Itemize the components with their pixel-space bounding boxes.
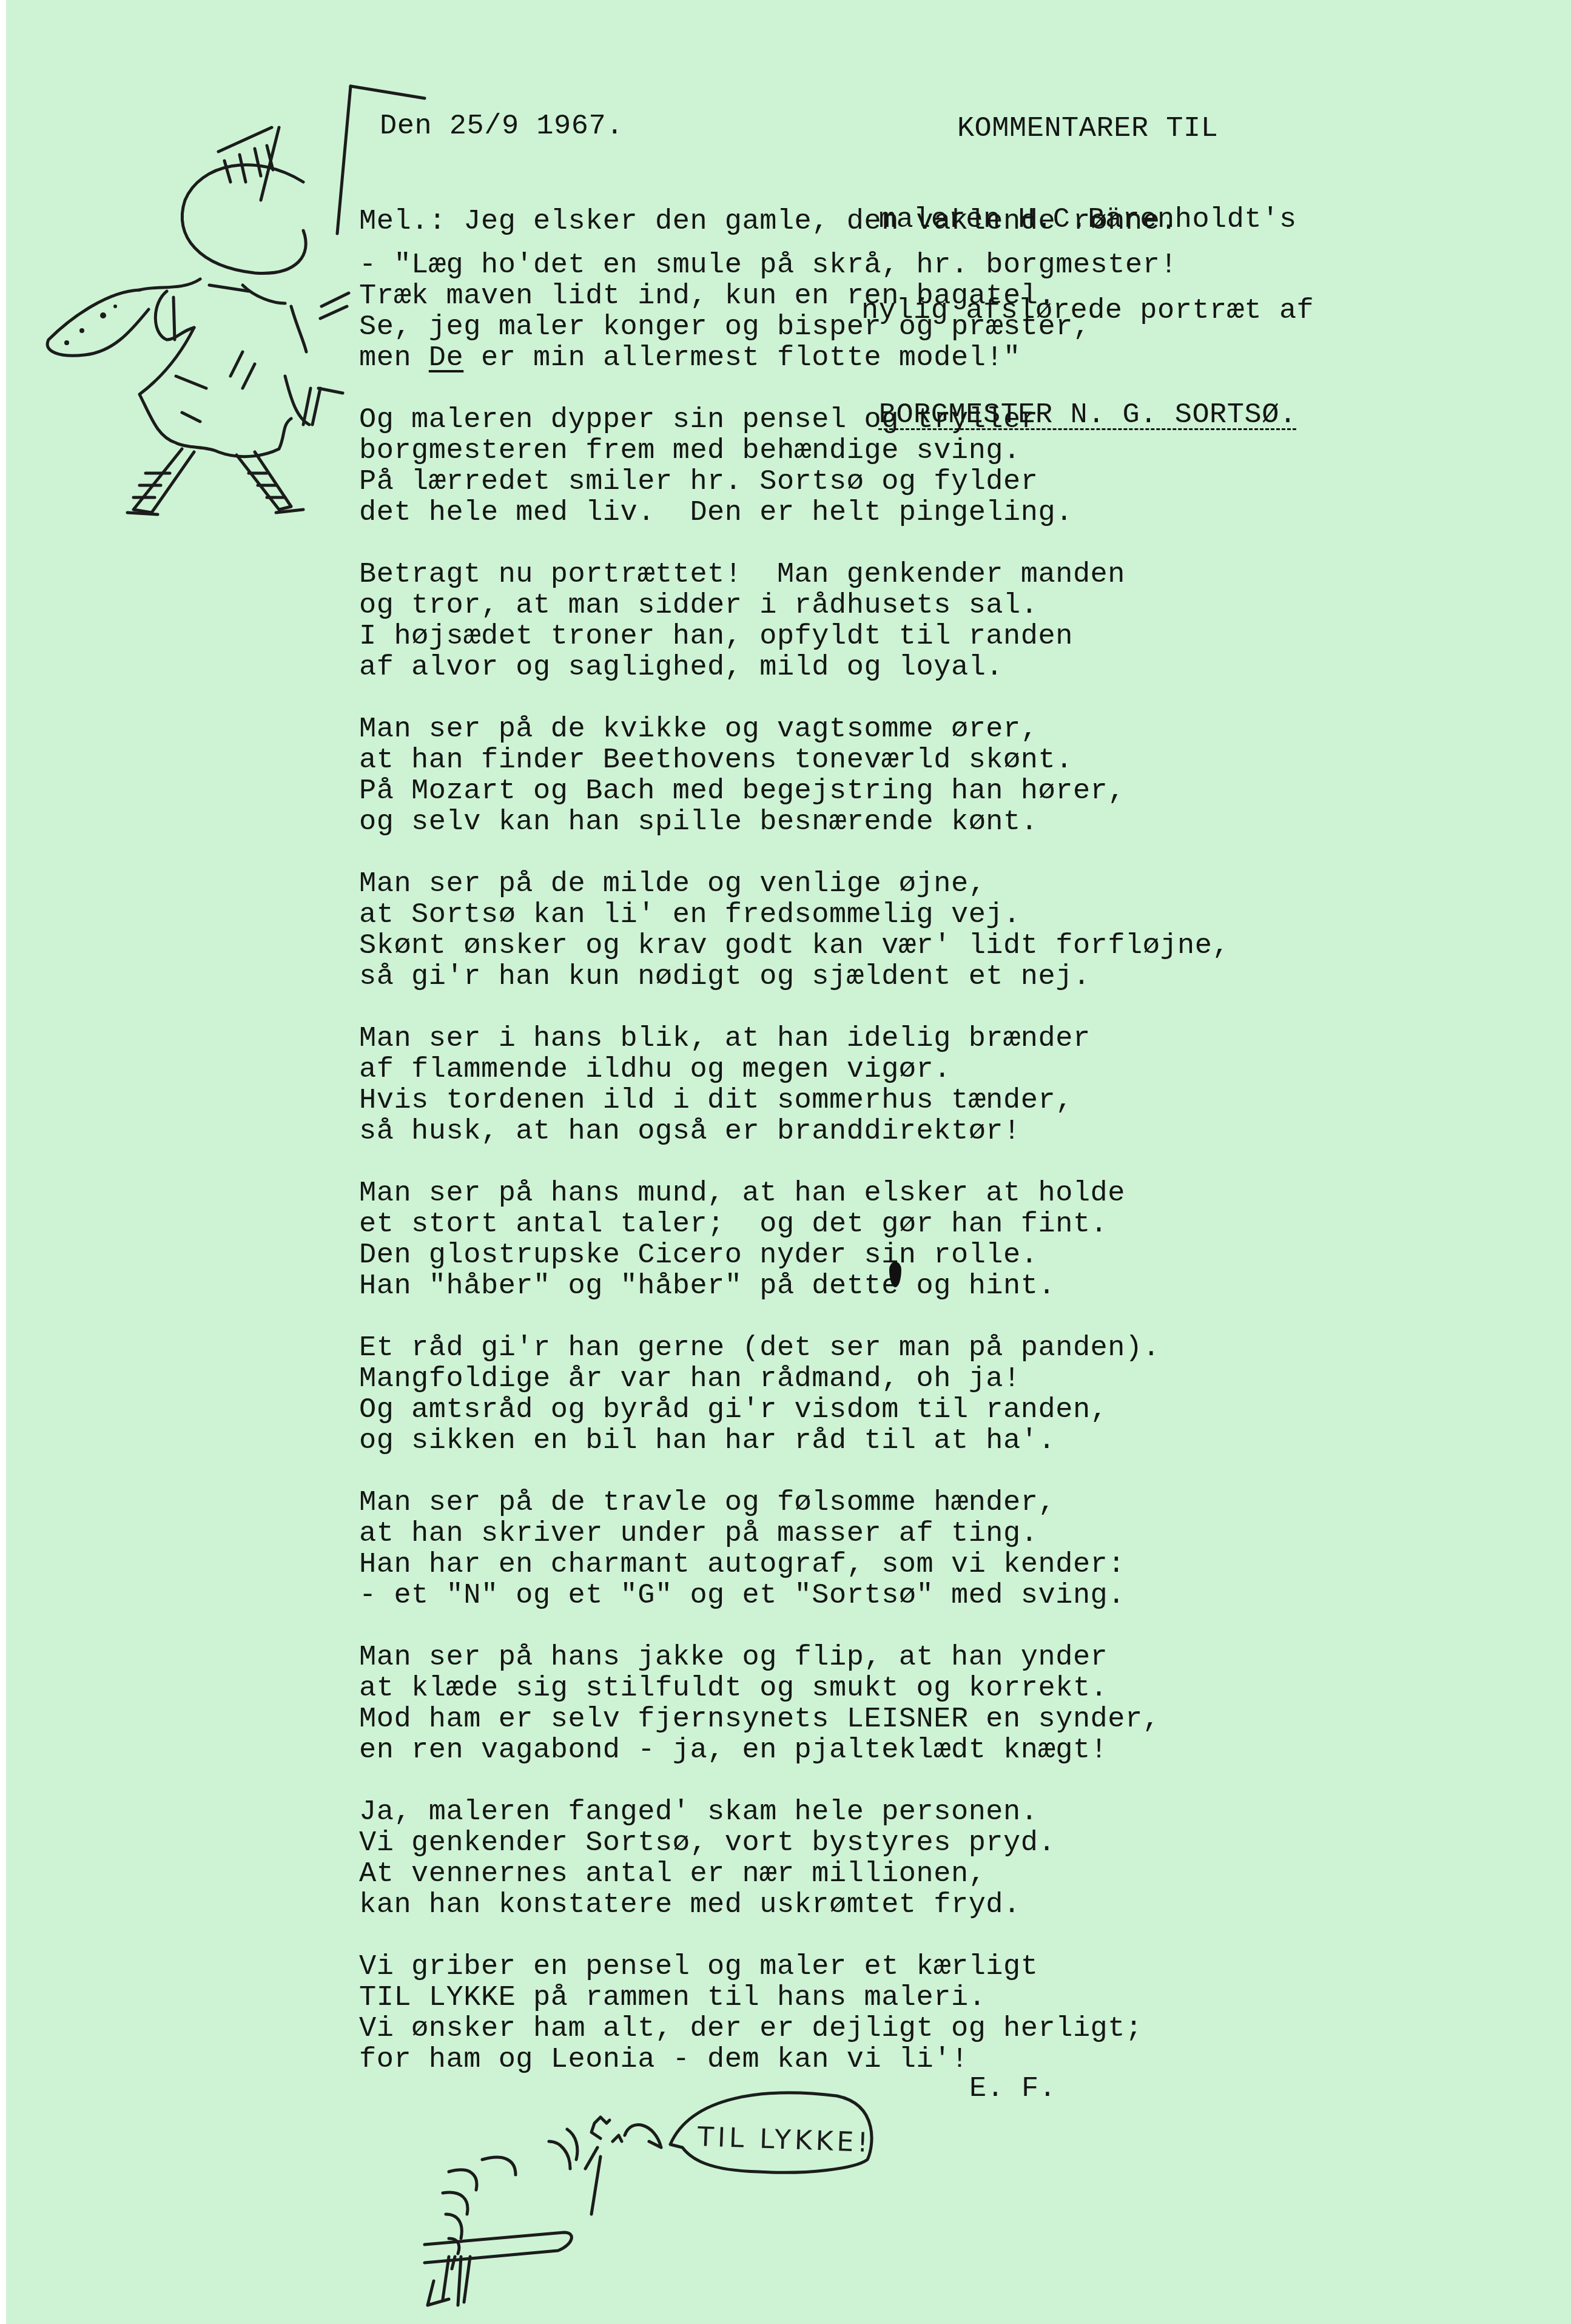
bird-with-speech-bubble-icon [0,0,1571,2324]
speech-bubble-text: TIL LYKKE! [697,2121,872,2158]
